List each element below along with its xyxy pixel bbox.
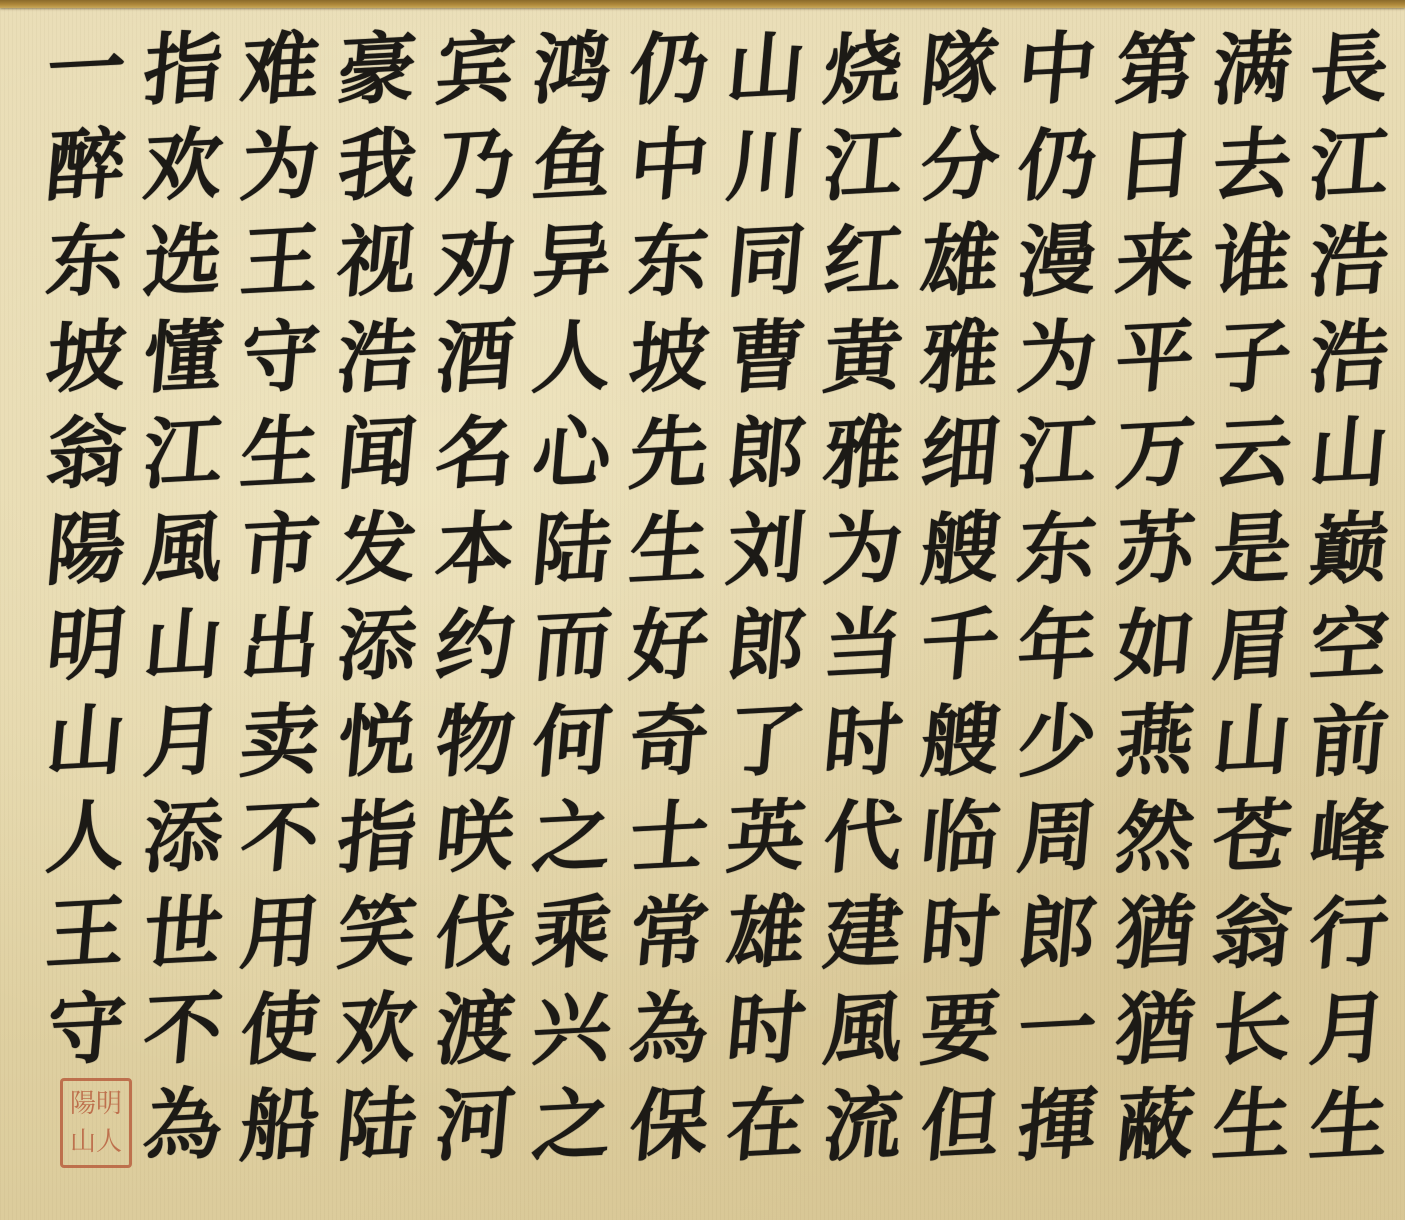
calligraphy-character: 子 [1208,308,1295,408]
calligraphy-character: 之 [528,1076,615,1176]
calligraphy-character: 欢 [140,116,227,216]
calligraphy-column: 烧江红黄雅为当时代建風流 [817,22,909,1220]
calligraphy-character: 陆 [528,500,615,600]
calligraphy-column: 第日来平万苏如燕然猶猶蔽 [1109,22,1201,1220]
calligraphy-character: 雅 [820,404,907,504]
calligraphy-character: 东 [625,212,712,312]
calligraphy-character: 前 [1305,692,1392,792]
calligraphy-character: 添 [140,788,227,888]
calligraphy-column: 隊分雄雅细艘千艘临时要但 [914,22,1006,1220]
calligraphy-character: 山 [1305,404,1392,504]
calligraphy-character: 临 [917,788,1004,888]
calligraphy-character: 难 [237,20,324,120]
calligraphy-character: 江 [140,404,227,504]
calligraphy-character: 我 [334,116,421,216]
calligraphy-character: 指 [334,788,421,888]
calligraphy-character: 是 [1208,500,1295,600]
calligraphy-character: 异 [528,212,615,312]
calligraphy-character: 年 [1014,596,1101,696]
calligraphy-character: 红 [820,212,907,312]
calligraphy-character: 市 [237,500,324,600]
calligraphy-character: 郎 [723,404,810,504]
calligraphy-character: 巅 [1305,500,1392,600]
calligraphy-character: 然 [1111,788,1198,888]
calligraphy-character: 生 [625,500,712,600]
calligraphy-character: 長 [1305,20,1392,120]
calligraphy-character: 云 [1208,404,1295,504]
calligraphy-character: 豪 [334,20,421,120]
calligraphy-character: 浩 [1305,212,1392,312]
calligraphy-character: 雄 [723,884,810,984]
calligraphy-character: 山 [1208,692,1295,792]
calligraphy-column: 中仍漫为江东年少周郎一揮 [1011,22,1103,1220]
calligraphy-character: 何 [528,692,615,792]
calligraphy-character: 闻 [334,404,421,504]
calligraphy-character: 悦 [334,692,421,792]
calligraphy-character: 雄 [917,212,1004,312]
calligraphy-character: 分 [917,116,1004,216]
calligraphy-character: 少 [1014,692,1101,792]
calligraphy-character: 陆 [334,1076,421,1176]
calligraphy-character: 艘 [917,692,1004,792]
calligraphy-character: 兴 [528,980,615,1080]
calligraphy-character: 月 [140,692,227,792]
calligraphy-character: 心 [528,404,615,504]
calligraphy-character: 笑 [334,884,421,984]
calligraphy-character: 乃 [431,116,518,216]
calligraphy-character: 名 [431,404,518,504]
calligraphy-column: 仍中东坡先生好奇士常為保 [623,22,715,1220]
calligraphy-character: 郎 [723,596,810,696]
calligraphy-character: 雅 [917,308,1004,408]
calligraphy-character: 先 [625,404,712,504]
calligraphy-character: 代 [820,788,907,888]
calligraphy-character: 选 [140,212,227,312]
calligraphy-character: 山 [140,596,227,696]
calligraphy-character: 不 [140,980,227,1080]
calligraphy-character: 仍 [1014,116,1101,216]
calligraphy-character: 世 [140,884,227,984]
calligraphy-character: 士 [625,788,712,888]
calligraphy-character: 在 [723,1076,810,1176]
calligraphy-character: 流 [820,1076,907,1176]
calligraphy-character: 伐 [431,884,518,984]
calligraphy-character: 如 [1111,596,1198,696]
calligraphy-character: 漫 [1014,212,1101,312]
calligraphy-character: 江 [820,116,907,216]
calligraphy-character: 風 [820,980,907,1080]
calligraphy-character: 视 [334,212,421,312]
calligraphy-character: 时 [917,884,1004,984]
calligraphy-character: 中 [625,116,712,216]
calligraphy-character: 但 [917,1076,1004,1176]
calligraphy-column: 满去谁子云是眉山苍翁长生 [1206,22,1298,1220]
calligraphy-character: 添 [334,596,421,696]
calligraphy-character: 浩 [334,308,421,408]
calligraphy-character: 同 [723,212,810,312]
calligraphy-character: 曹 [723,308,810,408]
calligraphy-character: 守 [237,308,324,408]
calligraphy-character: 千 [917,596,1004,696]
calligraphy-character: 为 [1014,308,1101,408]
calligraphy-character: 满 [1208,20,1295,120]
calligraphy-character: 艘 [917,500,1004,600]
calligraphy-character: 猶 [1111,884,1198,984]
calligraphy-character: 為 [140,1076,227,1176]
calligraphy-character: 一 [1014,980,1101,1080]
calligraphy-character: 出 [237,596,324,696]
calligraphy-character: 郎 [1014,884,1101,984]
calligraphy-character: 月 [1305,980,1392,1080]
calligraphy-column: 山川同曹郎刘郎了英雄时在 [720,22,812,1220]
calligraphy-character: 本 [431,500,518,600]
calligraphy-character: 发 [334,500,421,600]
calligraphy-character: 川 [723,116,810,216]
calligraphy-character: 河 [431,1076,518,1176]
calligraphy-character: 猶 [1111,980,1198,1080]
calligraphy-character: 王 [237,212,324,312]
calligraphy-column: 宾乃劝酒名本约物咲伐渡河 [429,22,521,1220]
calligraphy-character: 苏 [1111,500,1198,600]
calligraphy-character: 明 [43,596,130,696]
mount-border [0,0,1405,8]
calligraphy-character: 时 [723,980,810,1080]
calligraphy-character: 行 [1305,884,1392,984]
calligraphy-character: 中 [1014,20,1101,120]
calligraphy-character: 王 [43,884,130,984]
calligraphy-character: 用 [237,884,324,984]
calligraphy-column: 鸿鱼异人心陆而何之乘兴之 [526,22,618,1220]
calligraphy-character: 而 [528,596,615,696]
calligraphy-character: 周 [1014,788,1101,888]
calligraphy-character: 欢 [334,980,421,1080]
calligraphy-character: 人 [528,308,615,408]
calligraphy-character: 酒 [431,308,518,408]
calligraphy-character: 常 [625,884,712,984]
calligraphy-character: 生 [1305,1076,1392,1176]
calligraphy-column: 一醉东坡翁 陽明山人王守 [40,22,132,1220]
calligraphy-character: 生 [237,404,324,504]
calligraphy-character: 江 [1305,116,1392,216]
calligraphy-scroll: 長江浩浩山巅空前峰行月生满去谁子云是眉山苍翁长生第日来平万苏如燕然猶猶蔽中仍漫为… [0,0,1405,1220]
calligraphy-character: 咲 [431,788,518,888]
calligraphy-character: 鱼 [528,116,615,216]
calligraphy-character: 第 [1111,20,1198,120]
calligraphy-character: 山 [43,692,130,792]
calligraphy-character: 不 [237,788,324,888]
calligraphy-character: 苍 [1208,788,1295,888]
calligraphy-character: 要 [917,980,1004,1080]
calligraphy-character: 宾 [431,20,518,120]
calligraphy-character: 细 [917,404,1004,504]
calligraphy-character: 坡 [43,308,130,408]
calligraphy-character: 醉 [43,116,130,216]
calligraphy-character: 風 [140,500,227,600]
calligraphy-character: 时 [820,692,907,792]
calligraphy-character: 峰 [1305,788,1392,888]
calligraphy-character: 建 [820,884,907,984]
calligraphy-character: 蔽 [1111,1076,1198,1176]
calligraphy-character: 黄 [820,308,907,408]
calligraphy-character: 好 [625,596,712,696]
calligraphy-character: 指 [140,20,227,120]
red-seal-stamp: 陽明山人 [60,1078,132,1168]
calligraphy-character: 保 [625,1076,712,1176]
calligraphy-character: 一 [43,20,130,120]
calligraphy-character: 生 [1208,1076,1295,1176]
calligraphy-character: 燕 [1111,692,1198,792]
calligraphy-character: 万 [1111,404,1198,504]
calligraphy-character: 江 [1014,404,1101,504]
calligraphy-character: 了 [723,692,810,792]
calligraphy-character: 翁 [43,404,130,504]
calligraphy-column: 指欢选懂江風山月添世不為 [137,22,229,1220]
calligraphy-character: 眉 [1208,596,1295,696]
calligraphy-character: 烧 [820,20,907,120]
calligraphy-character: 为 [820,500,907,600]
calligraphy-character: 英 [723,788,810,888]
calligraphy-character: 隊 [917,20,1004,120]
calligraphy-character: 卖 [237,692,324,792]
calligraphy-columns: 長江浩浩山巅空前峰行月生满去谁子云是眉山苍翁长生第日来平万苏如燕然猶猶蔽中仍漫为… [40,22,1395,1220]
calligraphy-character: 翁 [1208,884,1295,984]
calligraphy-character: 奇 [625,692,712,792]
calligraphy-character: 物 [431,692,518,792]
calligraphy-character: 人 [43,788,130,888]
calligraphy-character: 懂 [140,308,227,408]
calligraphy-character: 东 [1014,500,1101,600]
calligraphy-character: 陽 [43,500,130,600]
calligraphy-character: 渡 [431,980,518,1080]
calligraphy-column: 豪我视浩闻发添悦指笑欢陆 [331,22,423,1220]
calligraphy-character: 之 [528,788,615,888]
calligraphy-character: 来 [1111,212,1198,312]
calligraphy-character: 船 [237,1076,324,1176]
calligraphy-character: 空 [1305,596,1392,696]
calligraphy-character: 平 [1111,308,1198,408]
calligraphy-character: 劝 [431,212,518,312]
calligraphy-character: 约 [431,596,518,696]
calligraphy-character: 使 [237,980,324,1080]
calligraphy-character: 日 [1111,116,1198,216]
calligraphy-character: 为 [237,116,324,216]
calligraphy-character: 守 [43,980,130,1080]
calligraphy-character: 浩 [1305,308,1392,408]
calligraphy-character: 山 [723,20,810,120]
calligraphy-character: 仍 [625,20,712,120]
calligraphy-character: 乘 [528,884,615,984]
calligraphy-character: 东 [43,212,130,312]
calligraphy-character: 鸿 [528,20,615,120]
calligraphy-character: 长 [1208,980,1295,1080]
calligraphy-character: 揮 [1014,1076,1101,1176]
calligraphy-character: 谁 [1208,212,1295,312]
calligraphy-column: 長江浩浩山巅空前峰行月生 [1303,22,1395,1220]
calligraphy-character: 刘 [723,500,810,600]
calligraphy-character: 去 [1208,116,1295,216]
calligraphy-character: 為 [625,980,712,1080]
calligraphy-character: 当 [820,596,907,696]
calligraphy-character: 坡 [625,308,712,408]
calligraphy-column: 难为王守生市出卖不用使船 [234,22,326,1220]
